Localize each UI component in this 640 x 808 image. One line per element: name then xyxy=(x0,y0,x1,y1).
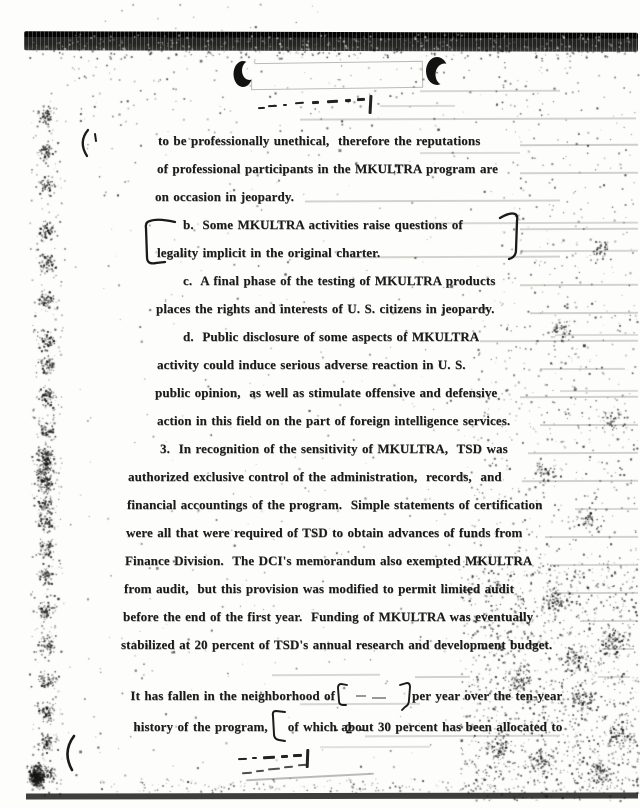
pencil-scribble-mark xyxy=(284,766,293,769)
pencil-scribble-mark xyxy=(246,773,374,782)
line-text-pre: history of the program, xyxy=(133,719,267,734)
pencil-scribble-mark xyxy=(293,754,302,757)
line-text-post: of which about 30 percent has been alloc… xyxy=(288,719,563,734)
pencil-scribble-mark xyxy=(369,95,373,114)
scan-streak xyxy=(520,228,638,230)
typewritten-line: legality implicit in the original charte… xyxy=(157,245,380,261)
typewritten-line: before the end of the first year. Fundin… xyxy=(123,609,533,625)
scan-streak xyxy=(580,620,638,622)
scan-streak xyxy=(602,648,634,650)
typewritten-line: c. A final phase of the testing of MKULT… xyxy=(183,273,495,289)
typewritten-line: were all that were required of TSD to ob… xyxy=(126,525,522,541)
scan-streak xyxy=(540,368,625,370)
typewritten-line: of professional participants in the MKUL… xyxy=(157,161,498,177)
scanned-document-page: to be professionally unethical, therefor… xyxy=(0,0,640,808)
pencil-scribble-mark xyxy=(268,105,277,107)
pencil-paren-mark-top-left xyxy=(71,127,101,161)
scan-streak xyxy=(420,90,560,92)
pencil-scribble-mark xyxy=(357,98,365,101)
pencil-scribble-mark xyxy=(283,104,287,106)
typewritten-line: public opinion, as well as stimulate off… xyxy=(155,385,497,401)
pencil-paren-mark-bottom-left xyxy=(58,733,80,775)
scan-streak xyxy=(545,536,638,538)
scan-streak xyxy=(560,390,638,392)
scan-streak xyxy=(520,250,638,252)
typewritten-line: activity could induce serious adverse re… xyxy=(157,357,466,373)
typewritten-line: Finance Division. The DCI's memorandum a… xyxy=(125,553,532,569)
typewritten-line: on occasion in jeopardy. xyxy=(155,189,294,205)
pencil-scribble-mark xyxy=(252,757,257,759)
scan-streak xyxy=(480,340,638,343)
pencil-scribble-mark xyxy=(268,768,280,771)
scan-streak xyxy=(530,312,638,314)
scan-streak xyxy=(350,256,560,259)
pencil-scribble-mark xyxy=(281,755,288,758)
pencil-scribble-mark xyxy=(256,770,264,773)
scan-streak xyxy=(520,172,638,174)
faded-stamp-outline xyxy=(251,61,423,90)
typewritten-line: action in this field on the part of fore… xyxy=(157,413,510,429)
scan-streak xyxy=(550,564,638,566)
scan-streak xyxy=(520,144,638,146)
typewritten-line: to be professionally unethical, therefor… xyxy=(158,133,480,149)
pencil-scribble-mark xyxy=(312,101,319,104)
pencil-scribble-mark xyxy=(345,99,351,102)
scan-streak xyxy=(555,334,638,336)
scan-streak xyxy=(552,592,638,594)
pencil-scribble-mark xyxy=(242,772,252,775)
scan-streak xyxy=(300,117,636,120)
hole-punch-crescent-left xyxy=(233,59,257,89)
scan-streak xyxy=(520,396,638,398)
scan-streak xyxy=(598,676,630,678)
handwritten-bracket-right xyxy=(497,206,525,264)
hole-punch-crescent-right xyxy=(425,55,453,89)
pencil-scribble-mark xyxy=(327,100,338,104)
typewritten-line: authorized exclusive control of the admi… xyxy=(128,469,502,485)
scan-streak xyxy=(522,480,638,482)
scan-streak xyxy=(575,508,638,510)
pencil-scribble-mark xyxy=(263,756,275,760)
scan-artifact-top-band xyxy=(24,31,638,52)
typewritten-line: 3. In recognition of the sensitivity of … xyxy=(160,441,508,457)
scan-streak xyxy=(380,105,455,107)
pencil-scribble-mark xyxy=(238,758,247,760)
typewritten-line: from audit, but this provision was modif… xyxy=(124,581,514,597)
typewritten-line: stabilized at 20 percent of TSD's annual… xyxy=(121,637,552,653)
page-number: - 2 - xyxy=(334,721,366,737)
pencil-scribble-mark xyxy=(258,107,265,109)
pencil-scribble-mark xyxy=(295,102,304,105)
scan-streak xyxy=(420,152,520,154)
typewritten-line: d. Public disclosure of some aspects of … xyxy=(183,329,479,345)
scan-streak xyxy=(540,424,638,426)
typewritten-line: financial accountings of the program. Si… xyxy=(127,497,542,513)
scan-streak xyxy=(528,452,638,454)
typewritten-line: b. Some MKULTRA activities raise questio… xyxy=(183,217,463,233)
scan-artifact-bottom-band xyxy=(26,792,638,799)
scan-streak xyxy=(305,200,560,203)
handwritten-bracket-left xyxy=(138,214,180,270)
typewritten-line: places the rights and interests of U. S.… xyxy=(156,301,494,317)
handwritten-bracket-open-icon xyxy=(269,708,287,744)
scan-streak xyxy=(520,284,638,286)
